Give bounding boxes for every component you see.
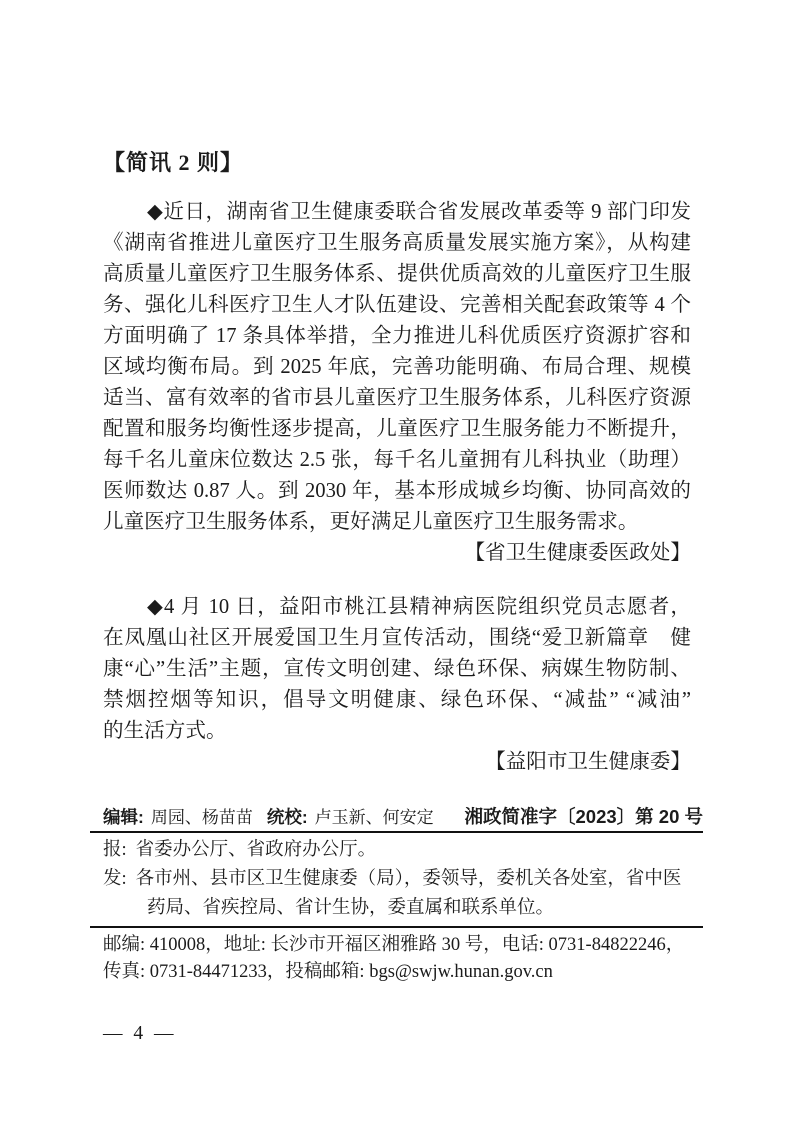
page-number: — 4 — (103, 1023, 177, 1045)
article-line: 医师数达 0.87 人。到 2030 年，基本形成城乡均衡、协同高效的 (103, 476, 691, 507)
article-attribution: 【省卫生健康委医政处】 (103, 538, 691, 569)
article-line: 高质量儿童医疗卫生服务体系、提供优质高效的儿童医疗卫生服 (103, 259, 691, 290)
article-line: ◆4 月 10 日，益阳市桃江县精神病医院组织党员志愿者， (103, 592, 691, 623)
article-line: ◆近日，湖南省卫生健康委联合省发展改革委等 9 部门印发 (103, 197, 691, 228)
editor-names: 周园、杨苗苗 (151, 803, 253, 828)
contact-address-line: 邮编: 410008，地址: 长沙市开福区湘雅路 30 号，电话: 0731-8… (90, 932, 703, 959)
divider-line (90, 926, 703, 928)
editor-row: 编辑: 周园、杨苗苗 统校: 卢玉新、何安定 湘政简准字〔2023〕第 20 号 (90, 803, 703, 828)
distribution-label: 发: (103, 869, 127, 889)
article-attribution: 【益阳市卫生健康委】 (103, 747, 691, 778)
article-line: 每千名儿童床位数达 2.5 张，每千名儿童拥有儿科执业（助理） (103, 445, 691, 476)
distribution-row-continued: 药局、省疾控局、省计生协，委直属和联系单位。 (90, 894, 703, 923)
article-line: 方面明确了 17 条具体举措，全力推进儿科优质医疗资源扩容和 (103, 321, 691, 352)
report-to-row: 报:省委办公厅、省政府办公厅。 (90, 836, 703, 865)
issue-number: 湘政简准字〔2023〕第 20 号 (464, 803, 703, 829)
article-line: 在凤凰山社区开展爱国卫生月宣传活动，围绕“爱卫新篇章 健 (103, 623, 691, 654)
report-label: 报: (103, 840, 127, 860)
article-line: 《湖南省推进儿童医疗卫生服务高质量发展实施方案》，从构建 (103, 228, 691, 259)
article-patriotic-health-month: ◆4 月 10 日，益阳市桃江县精神病医院组织党员志愿者， 在凤凰山社区开展爱国… (103, 592, 691, 778)
article-line: 儿童医疗卫生服务体系，更好满足儿童医疗卫生服务需求。 (103, 507, 691, 538)
divider-line (90, 831, 703, 833)
proofreader-label: 统校: (267, 804, 308, 829)
proofreader-names: 卢玉新、何安定 (315, 803, 434, 828)
article-line: 适当、富有效率的省市县儿童医疗卫生服务体系，儿科医疗资源 (103, 383, 691, 414)
section-heading: 【简讯 2 则】 (103, 146, 243, 177)
editor-label: 编辑: (103, 804, 144, 829)
article-line: 康“心”生活”主题，宣传文明创建、绿色环保、病媒生物防制、 (103, 654, 691, 685)
report-text: 省委办公厅、省政府办公厅。 (136, 840, 377, 860)
article-line: 的生活方式。 (103, 716, 691, 747)
article-line: 务、强化儿科医疗卫生人才队伍建设、完善相关配套政策等 4 个 (103, 290, 691, 321)
bulletin-page: 【简讯 2 则】 ◆近日，湖南省卫生健康委联合省发展改革委等 9 部门印发 《湖… (0, 0, 794, 1123)
article-children-medical-plan: ◆近日，湖南省卫生健康委联合省发展改革委等 9 部门印发 《湖南省推进儿童医疗卫… (103, 197, 691, 569)
distribution-text: 各市州、县市区卫生健康委（局），委领导，委机关各处室，省中医 (136, 869, 682, 889)
article-line: 区域均衡布局。到 2025 年底，完善功能明确、布局合理、规模 (103, 352, 691, 383)
distribution-row: 发:各市州、县市区卫生健康委（局），委领导，委机关各处室，省中医 (90, 865, 703, 894)
article-line: 禁烟控烟等知识，倡导文明健康、绿色环保、“减盐” “减油” (103, 685, 691, 716)
masthead-footer: 编辑: 周园、杨苗苗 统校: 卢玉新、何安定 湘政简准字〔2023〕第 20 号… (90, 803, 703, 986)
contact-fax-email-line: 传真: 0731-84471233，投稿邮箱: bgs@swjw.hunan.g… (90, 959, 703, 986)
article-line: 配置和服务均衡性逐步提高，儿童医疗卫生服务能力不断提升， (103, 414, 691, 445)
